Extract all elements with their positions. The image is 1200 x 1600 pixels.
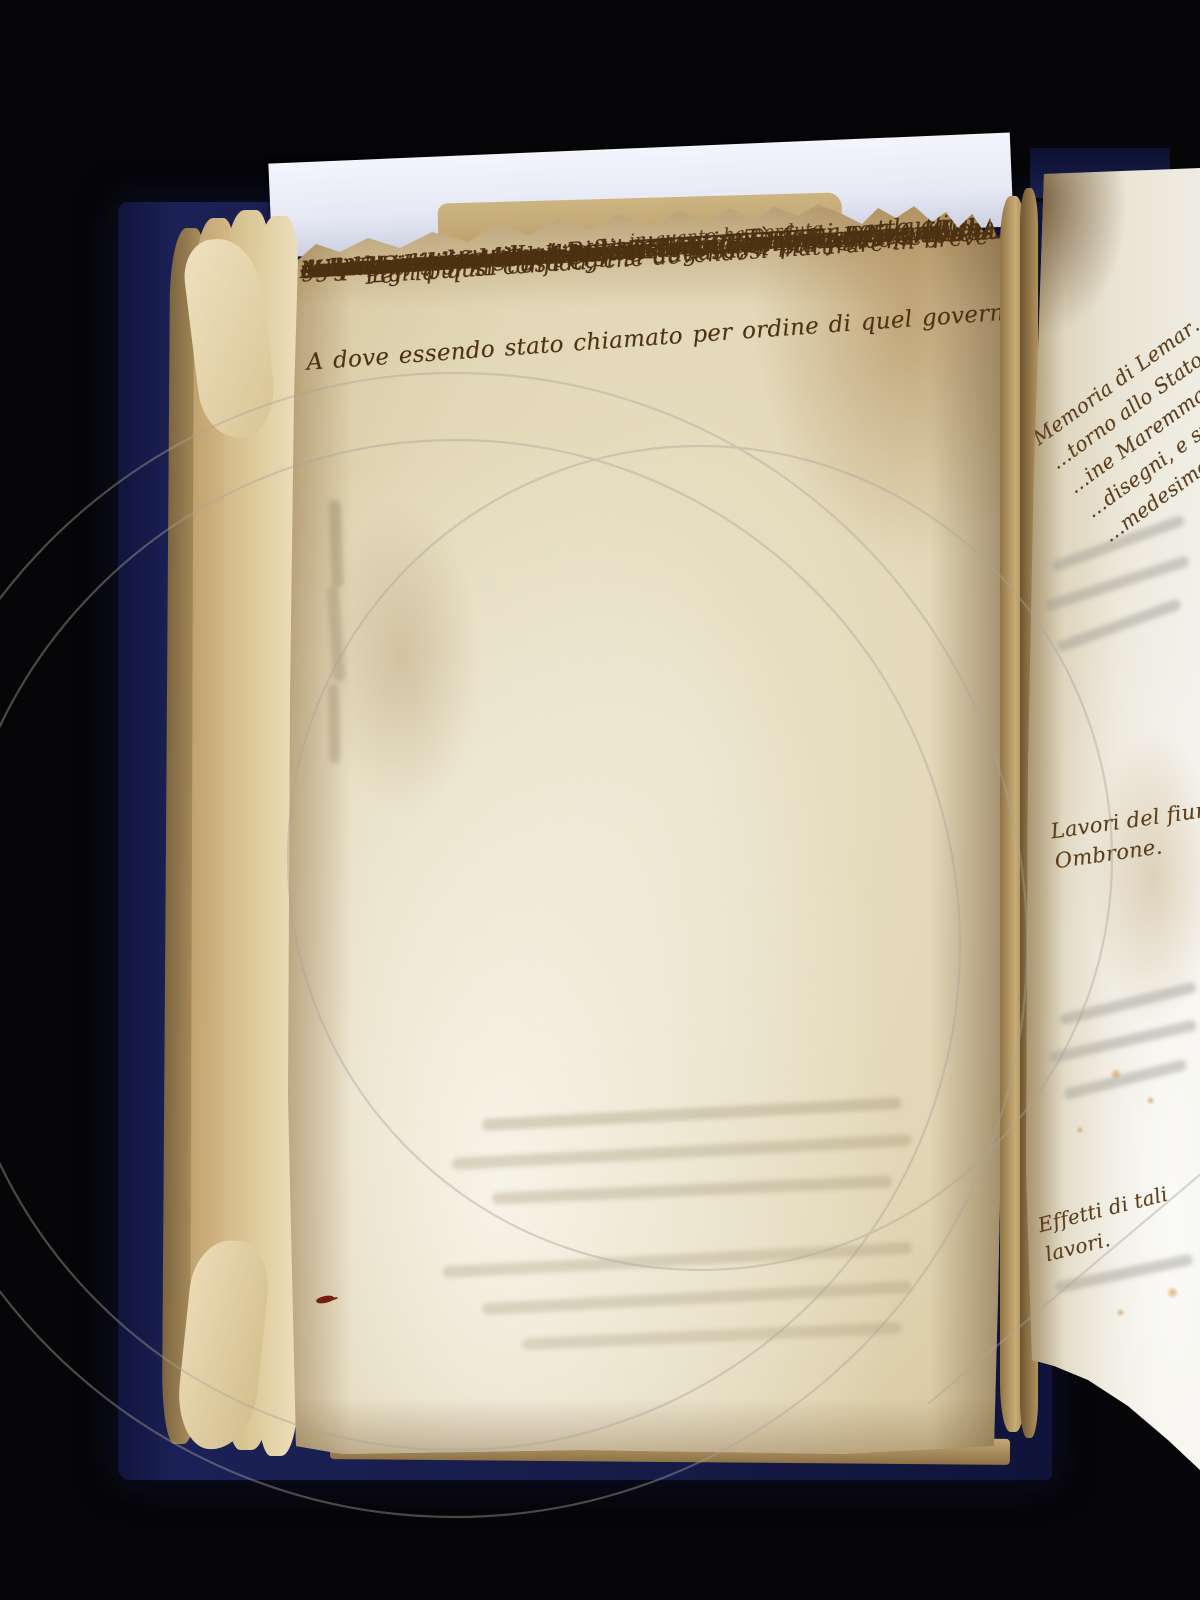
- bleedthrough-text: [482, 1097, 902, 1131]
- foxing-spot: [1076, 1126, 1084, 1134]
- bleedthrough-text: [522, 1322, 902, 1351]
- right-page: Memoria di Lemar……torno allo Stato delle…: [1018, 168, 1200, 1490]
- page-shading: [282, 1398, 1010, 1460]
- bleedthrough-text: [492, 1175, 892, 1204]
- paper-stain: [322, 498, 482, 818]
- bleedthrough-text: [452, 1134, 912, 1170]
- foxing-spot: [1136, 1454, 1151, 1469]
- bleedthrough-text: [1063, 1059, 1188, 1100]
- bleedthrough-text: [328, 683, 340, 763]
- bleedthrough-text: [442, 1242, 912, 1279]
- foxing-spot: [1146, 1096, 1155, 1105]
- left-page: Se il riguardo al Re di Sardegna ha most…: [282, 198, 1010, 1460]
- foxing-spot: [1176, 1486, 1187, 1490]
- gutter-shadow: [930, 198, 1010, 1460]
- foxing-spot: [1110, 1068, 1122, 1080]
- foxing-spot: [1086, 1426, 1096, 1436]
- foxing-spot: [1116, 1308, 1125, 1317]
- foxing-spot: [1166, 1286, 1179, 1299]
- bleedthrough-text: [1056, 598, 1182, 653]
- bleedthrough-text: [482, 1281, 912, 1315]
- manuscript-photo: Se il riguardo al Re di Sardegna ha most…: [0, 0, 1200, 1600]
